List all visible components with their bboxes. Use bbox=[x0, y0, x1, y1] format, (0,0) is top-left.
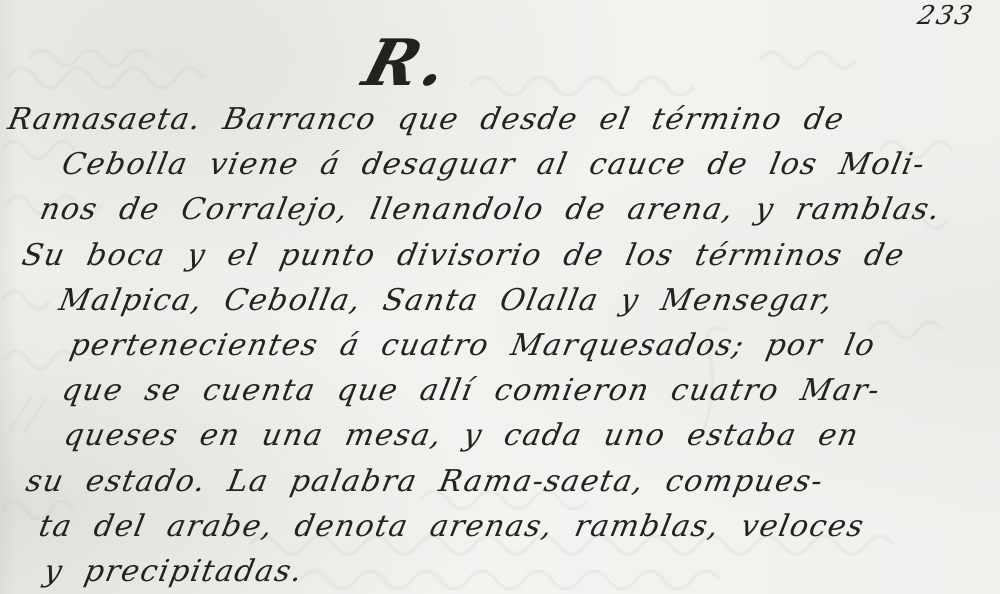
manuscript-line: Ramasaeta. Barranco que desde el término… bbox=[4, 97, 1000, 142]
manuscript-line: queses en una mesa, y cada uno estaba en bbox=[60, 413, 1000, 458]
manuscript-line: Cebolla viene á desaguar al cauce de los… bbox=[58, 142, 1000, 187]
manuscript-line: que se cuenta que allí comieron cuatro M… bbox=[58, 368, 1000, 413]
manuscript-line: su estado. La palabra Rama-saeta, compue… bbox=[22, 459, 1000, 504]
entry-text: Ramasaeta. Barranco que desde el término… bbox=[0, 97, 1000, 594]
manuscript-line: Su boca y el punto divisorio de los térm… bbox=[18, 233, 1000, 278]
manuscript-line: y precipitadas. bbox=[40, 549, 1000, 594]
manuscript-line: Malpica, Cebolla, Santa Olalla y Mensega… bbox=[55, 278, 1000, 323]
manuscript-line: ta del arabe, denota arenas, ramblas, ve… bbox=[35, 504, 1000, 549]
manuscript-line: pertenecientes á cuatro Marquesados; por… bbox=[66, 323, 1000, 368]
section-letter: R. bbox=[355, 26, 460, 101]
manuscript-line: nos de Corralejo, llenandolo de arena, y… bbox=[36, 187, 1000, 232]
page-number: 233 bbox=[915, 1, 977, 31]
manuscript-page: 233 R. Ramasaeta. Barranco que desde el … bbox=[0, 0, 1000, 594]
